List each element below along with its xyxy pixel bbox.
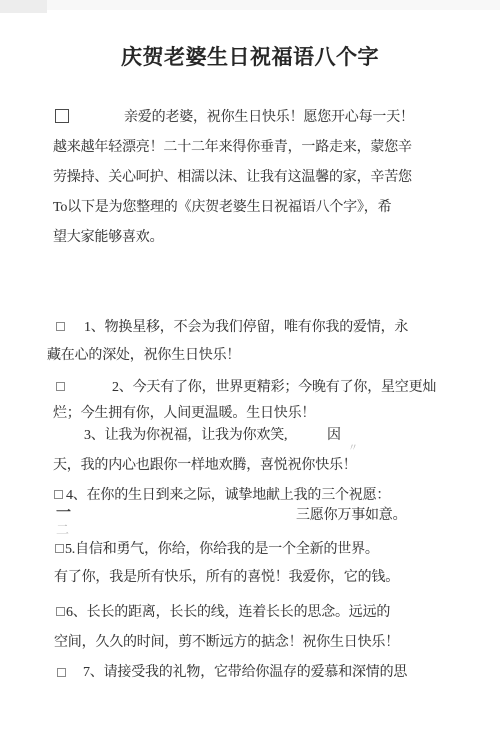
wish-item-2-line-2: 烂；今生拥有你，人间更温暖。生日快乐！ [53,405,315,422]
wish-item-4-line-1: 4、在你的生日到来之际，诚挚地献上我的三个祝愿： [66,487,390,504]
intro-line-5: 望大家能够喜欢。 [53,229,163,246]
bullet-square-icon [56,382,65,391]
wish-item-2-line-1: 2、今天有了你，世界更精彩；今晚有了你，星空更灿 [112,379,436,396]
wish-item-4-faint-two: 二 [56,521,69,538]
wish-item-5-line-1: 5.自信和勇气，你给，你给我的是一个全新的世界。 [65,541,379,558]
intro-line-3: 劳操持、关心呵护、相濡以沫、让我有这温馨的家，辛苦您 [53,169,412,186]
intro-line-1: 亲爱的老婆，祝你生日快乐！愿您开心每一天！ [124,109,414,126]
wish-item-3-fragment: 因 [327,427,341,444]
wish-item-1-line-2: 藏在心的深处，祝你生日快乐！ [47,347,240,364]
wish-item-3-line-1: 3、让我为你祝福，让我为你欢笑, [84,427,287,444]
bullet-square-icon [55,544,64,553]
intro-line-4: To以下是为您整理的《庆贺老婆生日祝福语八个字》，希 [53,199,391,216]
wish-item-4-fragment-one: 一 [56,505,71,522]
intro-line-2: 越来越年轻漂亮！二十二年来得你垂青，一路走来，蒙您辛 [53,139,412,156]
wish-item-7-line-1: 7、请接受我的礼物，它带给你温存的爱慕和深情的思 [83,664,407,681]
scan-top-strip [0,0,500,10]
bullet-square-large-icon [55,109,69,123]
bullet-square-icon [56,607,65,616]
bullet-square-icon [56,322,65,331]
bullet-square-icon [57,668,66,677]
wish-item-6-line-2: 空间，久久的时间，剪不断远方的掂念！祝你生日快乐！ [54,634,399,651]
wish-item-4-fragment-three: 三愿你万事如意。 [296,507,406,524]
document-page: 庆贺老婆生日祝福语八个字 亲爱的老婆，祝你生日快乐！愿您开心每一天！ 越来越年轻… [0,0,500,735]
bullet-square-icon [54,490,63,499]
wish-item-3-line-2: 天，我的内心也跟你一样地欢腾，喜悦祝你快乐！ [53,457,357,474]
wish-item-5-line-2: 有了你，我是所有快乐，所有的喜悦！我爱你，它的钱。 [54,569,399,586]
page-title: 庆贺老婆生日祝福语八个字 [0,44,500,70]
wish-item-6-line-1: 6、长长的距离，长长的线，连着长长的思念。远远的 [66,604,390,621]
scan-smudge-mark: 〃 [348,444,358,454]
wish-item-1-line-1: 1、物换星移，不会为我们停留，唯有你我的爱情，永 [84,319,408,336]
scan-corner-patch [0,0,47,13]
